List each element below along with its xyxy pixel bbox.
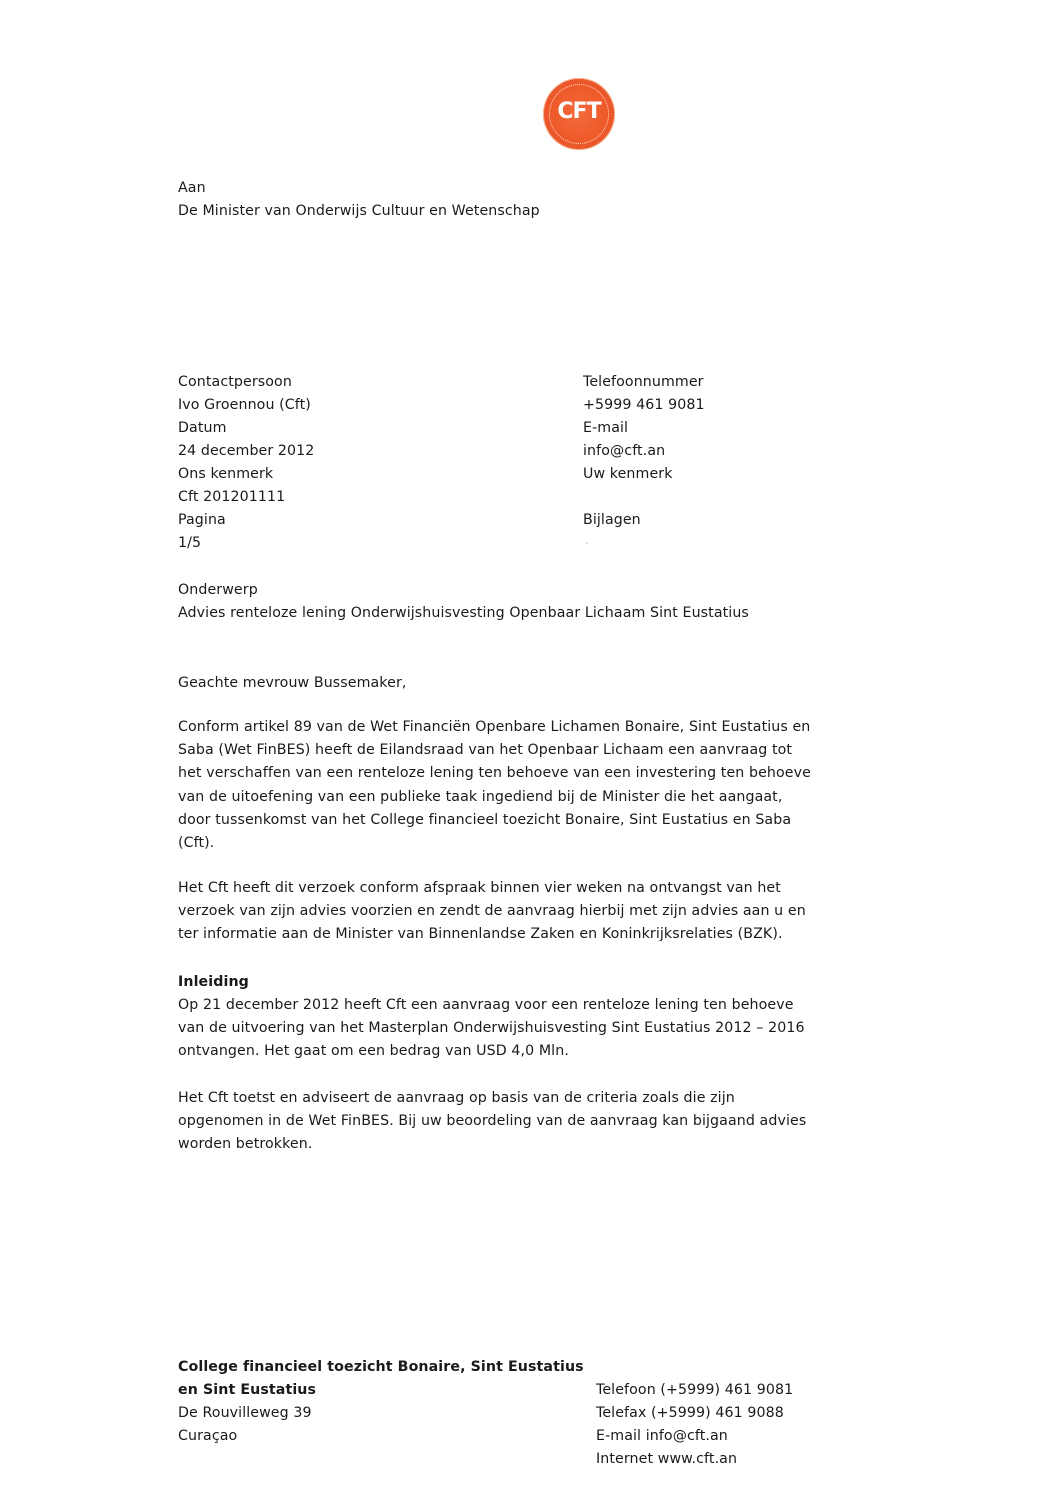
- paragraph-line: (Cft).: [178, 832, 898, 855]
- paragraph-line: worden betrokken.: [178, 1133, 898, 1156]
- logo-text: CFT: [543, 99, 615, 124]
- phone-value: +5999 461 9081: [583, 394, 705, 417]
- paragraph-line: ontvangen. Het gaat om een bedrag van US…: [178, 1040, 898, 1063]
- paragraph-line: het verschaffen van een renteloze lening…: [178, 762, 898, 785]
- body-paragraph-1: Conform artikel 89 van de Wet Financiën …: [178, 716, 898, 855]
- cft-logo: CFT: [543, 78, 615, 150]
- salutation: Geachte mevrouw Bussemaker,: [178, 672, 407, 695]
- footer-org-line-1: College financieel toezicht Bonaire, Sin…: [178, 1356, 584, 1379]
- attachments-value: -: [585, 532, 589, 555]
- body-paragraph-2: Het Cft heeft dit verzoek conform afspra…: [178, 877, 898, 947]
- subject-value: Advies renteloze lening Onderwijshuisves…: [178, 602, 749, 625]
- footer-fax: Telefax (+5999) 461 9088: [596, 1402, 784, 1425]
- page-value: 1/5: [178, 532, 201, 555]
- footer-internet: Internet www.cft.an: [596, 1448, 737, 1471]
- phone-label: Telefoonnummer: [583, 371, 704, 394]
- footer-phone: Telefoon (+5999) 461 9081: [596, 1379, 793, 1402]
- date-label: Datum: [178, 417, 227, 440]
- footer-city: Curaçao: [178, 1425, 237, 1448]
- paragraph-line: Het Cft heeft dit verzoek conform afspra…: [178, 877, 898, 900]
- email-label: E-mail: [583, 417, 628, 440]
- date-value: 24 december 2012: [178, 440, 314, 463]
- paragraph-line: van de uitoefening van een publieke taak…: [178, 786, 898, 809]
- subject-label: Onderwerp: [178, 579, 258, 602]
- page-label: Pagina: [178, 509, 226, 532]
- paragraph-line: ter informatie aan de Minister van Binne…: [178, 923, 898, 946]
- your-reference-label: Uw kenmerk: [583, 463, 673, 486]
- paragraph-line: Op 21 december 2012 heeft Cft een aanvra…: [178, 994, 898, 1017]
- recipient-name: De Minister van Onderwijs Cultuur en Wet…: [178, 200, 540, 223]
- paragraph-line: verzoek van zijn advies voorzien en zend…: [178, 900, 898, 923]
- our-reference-value: Cft 201201111: [178, 486, 285, 509]
- footer-address: De Rouvilleweg 39: [178, 1402, 312, 1425]
- section-paragraph-1: Op 21 december 2012 heeft Cft een aanvra…: [178, 994, 898, 1064]
- paragraph-line: Conform artikel 89 van de Wet Financiën …: [178, 716, 898, 739]
- attachments-label: Bijlagen: [583, 509, 641, 532]
- contact-label: Contactpersoon: [178, 371, 292, 394]
- footer-email: E-mail info@cft.an: [596, 1425, 728, 1448]
- section-paragraph-2: Het Cft toetst en adviseert de aanvraag …: [178, 1087, 898, 1157]
- email-value: info@cft.an: [583, 440, 665, 463]
- paragraph-line: van de uitvoering van het Masterplan Ond…: [178, 1017, 898, 1040]
- paragraph-line: opgenomen in de Wet FinBES. Bij uw beoor…: [178, 1110, 898, 1133]
- paragraph-line: door tussenkomst van het College financi…: [178, 809, 898, 832]
- contact-value: Ivo Groennou (Cft): [178, 394, 311, 417]
- recipient-label: Aan: [178, 177, 206, 200]
- our-reference-label: Ons kenmerk: [178, 463, 273, 486]
- paragraph-line: Saba (Wet FinBES) heeft de Eilandsraad v…: [178, 739, 898, 762]
- paragraph-line: Het Cft toetst en adviseert de aanvraag …: [178, 1087, 898, 1110]
- footer-org-line-2: en Sint Eustatius: [178, 1379, 316, 1402]
- section-heading: Inleiding: [178, 971, 249, 994]
